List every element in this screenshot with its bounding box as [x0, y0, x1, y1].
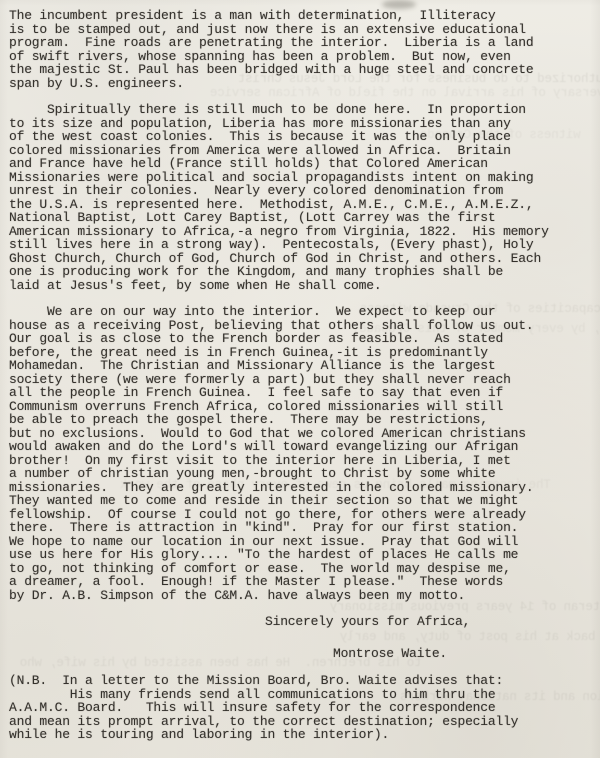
- letter-paragraph-1: The incumbent president is a man with de…: [9, 9, 590, 90]
- letter-paragraph-2: Spiritually there is still much to be do…: [9, 103, 590, 292]
- letter-closing: Sincerely yours for Africa,: [265, 615, 590, 629]
- letter-body: The incumbent president is a man with de…: [0, 0, 600, 758]
- letter-signature: Montrose Waite.: [333, 647, 590, 661]
- letter-postscript: (N.B. In a letter to the Mission Board, …: [9, 674, 590, 742]
- letter-paragraph-3: We are on our way into the interior. We …: [9, 305, 590, 602]
- scanned-letter-page: { "letter": { "paragraphs": [ "The incum…: [0, 0, 600, 758]
